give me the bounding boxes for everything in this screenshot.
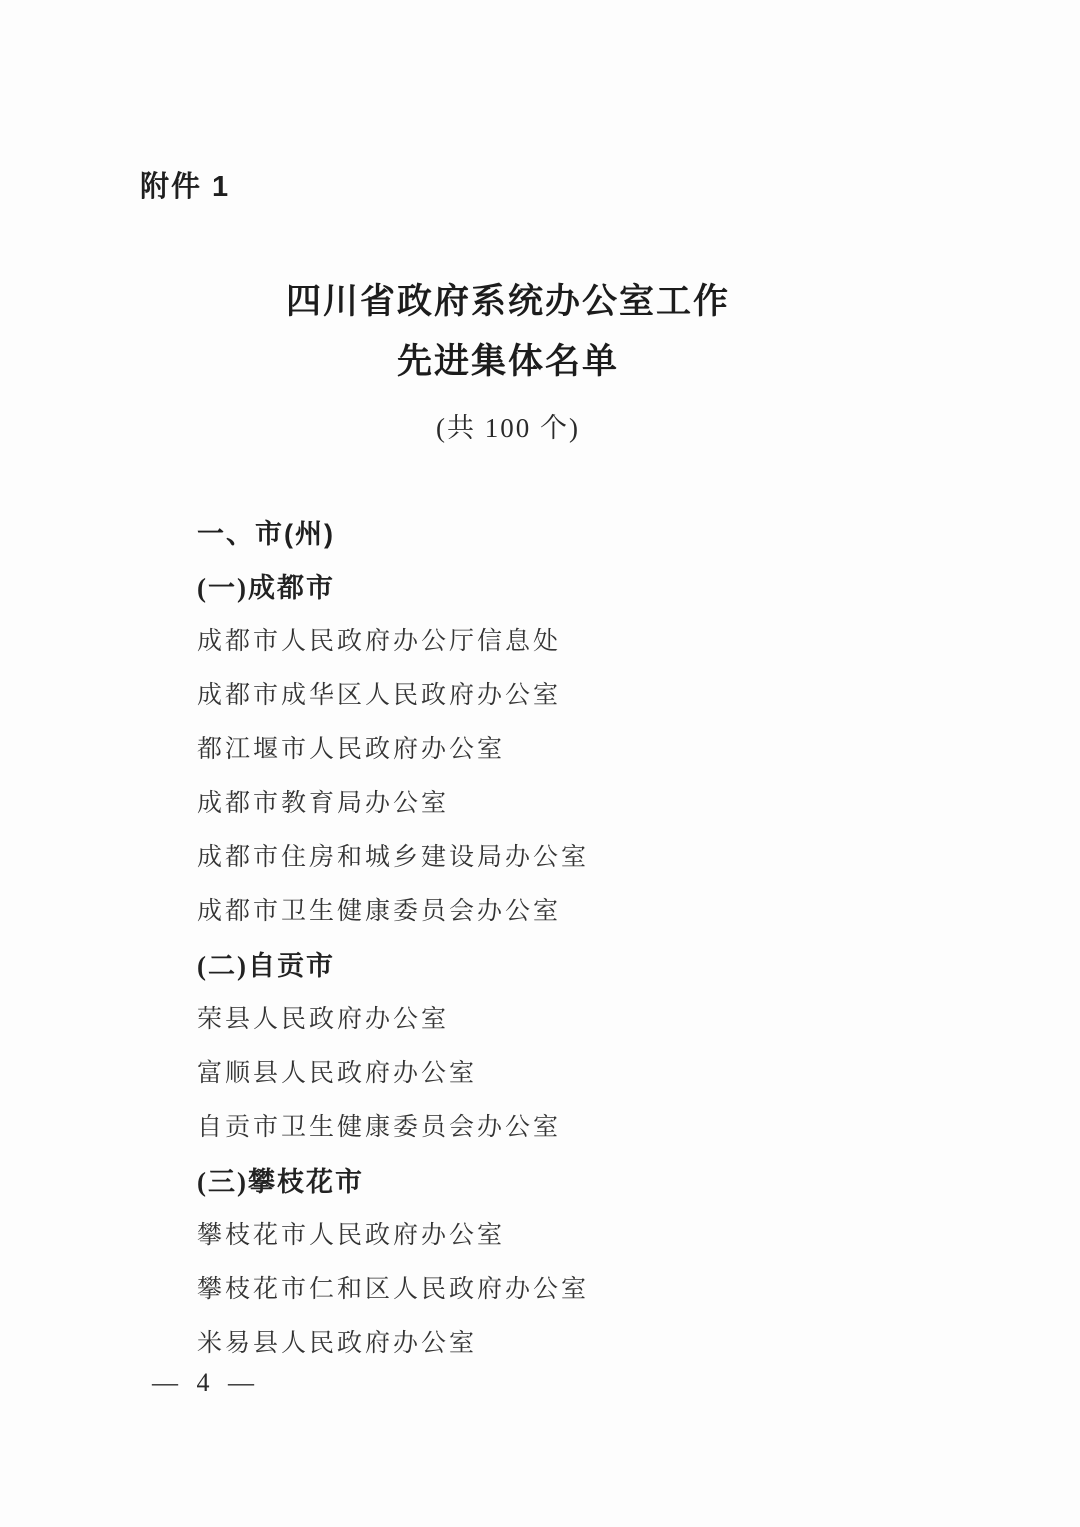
list-item: 都江堰市人民政府办公室 <box>197 720 957 774</box>
list-item: 荣县人民政府办公室 <box>197 990 957 1044</box>
list-item: 成都市人民政府办公厅信息处 <box>197 612 957 666</box>
list-item: 成都市成华区人民政府办公室 <box>197 666 957 720</box>
page-number: — 4 — <box>152 1368 260 1398</box>
group-label-zigong: (二)自贡市 <box>197 936 957 990</box>
list-item: 米易县人民政府办公室 <box>197 1314 957 1368</box>
attachment-label: 附件 1 <box>140 164 230 205</box>
list-item: 攀枝花市人民政府办公室 <box>197 1206 957 1260</box>
group-label-panzhihua: (三)攀枝花市 <box>197 1152 957 1206</box>
document-body: 一、市(州) (一)成都市 成都市人民政府办公厅信息处 成都市成华区人民政府办公… <box>197 504 957 1368</box>
document-title-line-1: 四川省政府系统办公室工作 <box>128 272 888 332</box>
document-title-line-2: 先进集体名单 <box>128 332 888 392</box>
group-label-chengdu: (一)成都市 <box>197 558 957 612</box>
list-item: 成都市住房和城乡建设局办公室 <box>197 828 957 882</box>
list-item: 成都市卫生健康委员会办公室 <box>197 882 957 936</box>
document-subtitle-count: (共 100 个) <box>128 406 888 445</box>
section-heading-cities: 一、市(州) <box>197 504 957 558</box>
document-title-block: 四川省政府系统办公室工作 先进集体名单 (共 100 个) <box>128 272 888 445</box>
document-page: 附件 1 四川省政府系统办公室工作 先进集体名单 (共 100 个) 一、市(州… <box>0 0 1080 1527</box>
list-item: 成都市教育局办公室 <box>197 774 957 828</box>
list-item: 富顺县人民政府办公室 <box>197 1044 957 1098</box>
list-item: 自贡市卫生健康委员会办公室 <box>197 1098 957 1152</box>
list-item: 攀枝花市仁和区人民政府办公室 <box>197 1260 957 1314</box>
